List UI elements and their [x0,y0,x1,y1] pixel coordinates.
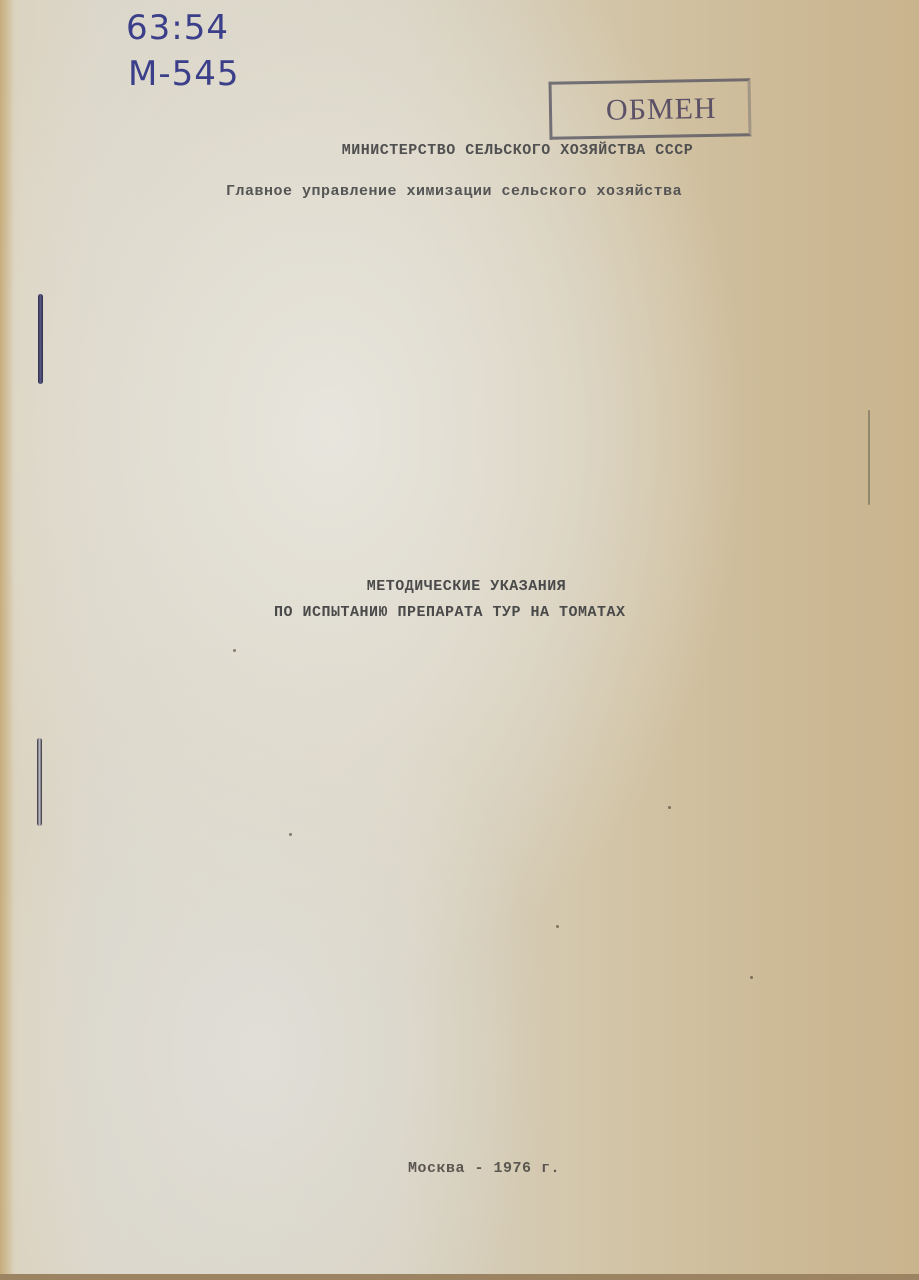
directorate-subheading: Главное управление химизации сельского х… [226,183,682,200]
paper-crease [868,410,870,505]
ministry-heading: МИНИСТЕРСТВО СЕЛЬСКОГО ХОЗЯЙСТВА СССР [0,142,919,159]
handwritten-catalog-number: М-545 [128,54,240,94]
paper-speck [233,649,236,652]
document-title-line-1: МЕТОДИЧЕСКИЕ УКАЗАНИЯ [0,578,919,595]
place-and-year: Москва - 1976 г. [408,1160,560,1177]
exchange-stamp: ОБМЕН [549,78,752,140]
document-cover: 63:54 М-545 ОБМЕН МИНИСТЕРСТВО СЕЛЬСКОГО… [0,0,919,1280]
paper-speck [556,925,559,928]
handwritten-shelf-mark: 63:54 [126,8,229,48]
paper-speck [289,833,292,836]
staple-bottom-icon [37,738,42,826]
stamp-text: ОБМЕН [606,92,717,128]
document-title-line-2: ПО ИСПЫТАНИЮ ПРЕПАРАТА ТУР НА ТОМАТАХ [274,604,626,621]
paper-speck [750,976,753,979]
paper-speck [668,806,671,809]
staple-top-icon [38,294,43,384]
